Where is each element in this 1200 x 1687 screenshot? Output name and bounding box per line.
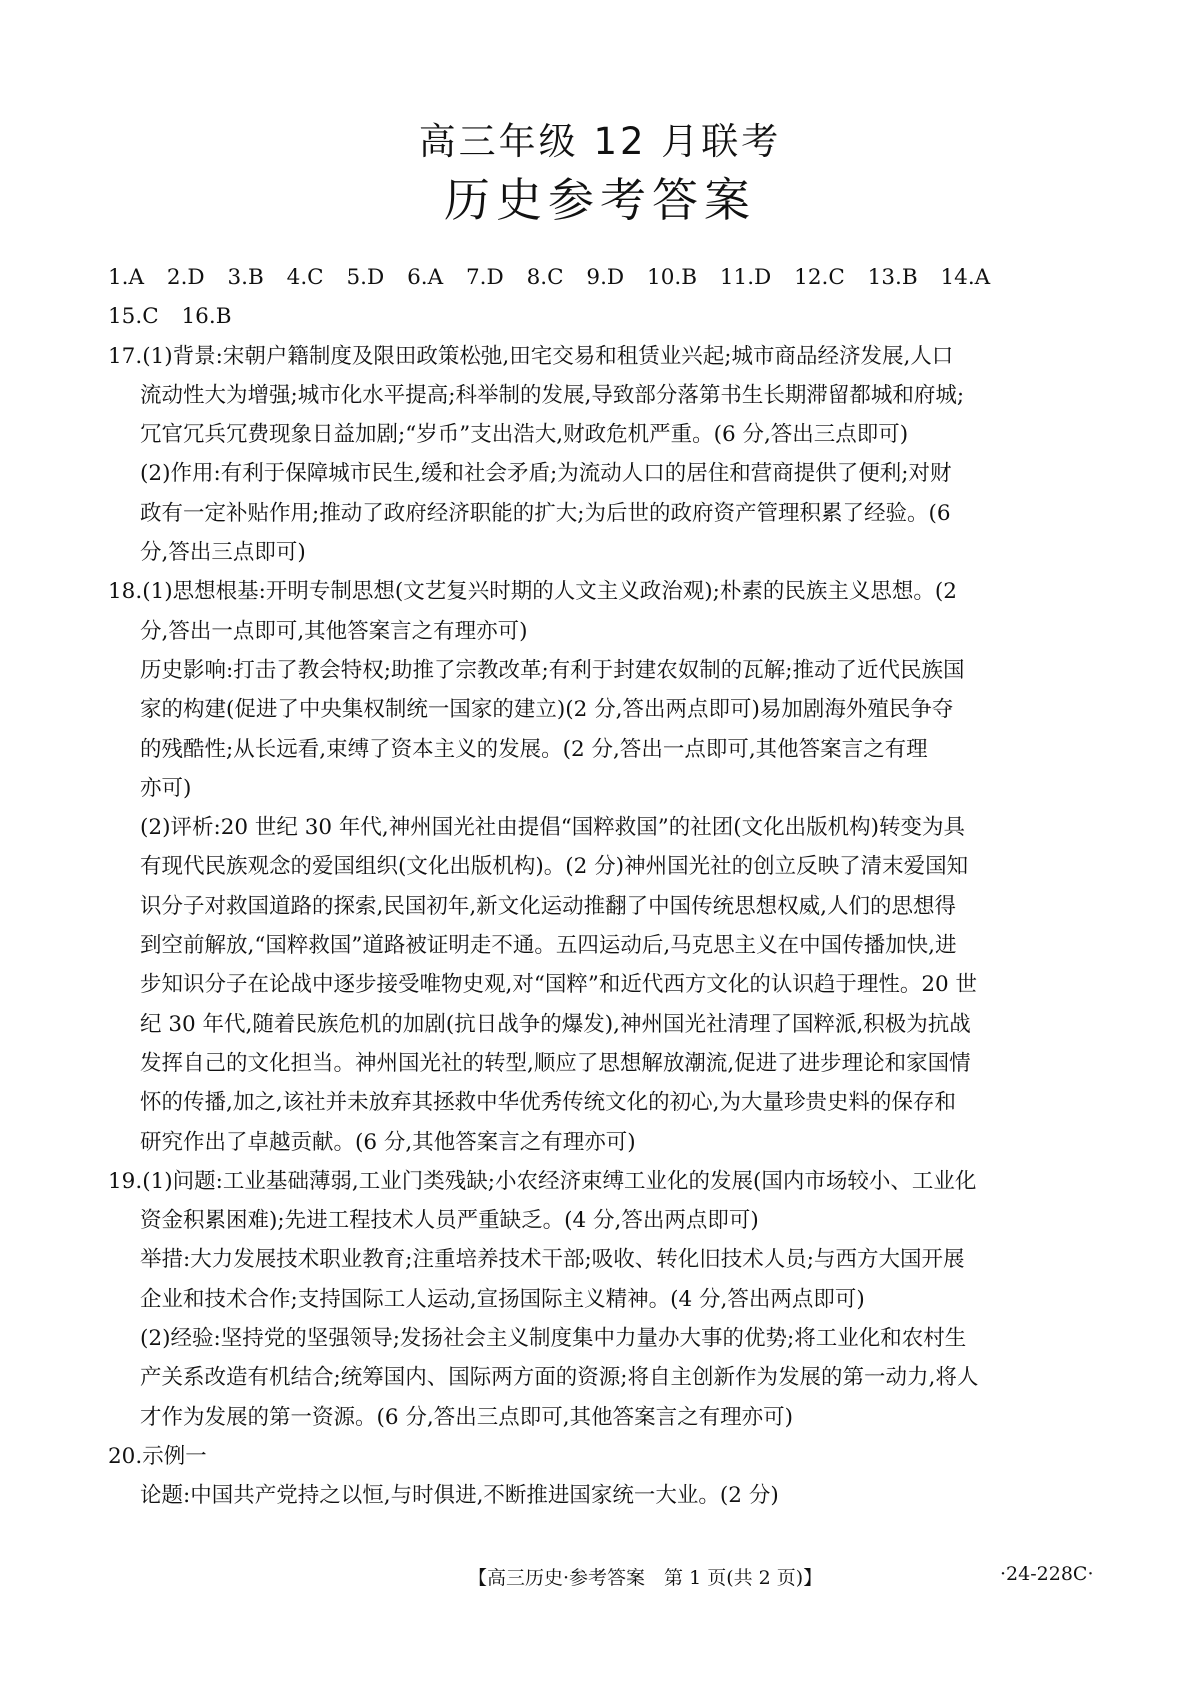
mc-answer: 5.D (346, 265, 384, 290)
q18-line: 识分子对救国道路的探索,民国初年,新文化运动推翻了中国传统思想权威,人们的思想得 (108, 887, 1108, 926)
q19-line: 资金积累困难);先进工程技术人员严重缺乏。(4 分,答出两点即可) (108, 1201, 1108, 1240)
mc-answer: 6.A (407, 265, 443, 290)
mc-answer: 2.D (167, 265, 205, 290)
q19-line: 19.(1)问题:工业基础薄弱,工业门类残缺;小农经济束缚工业化的发展(国内市场… (108, 1162, 1108, 1201)
q19-line: (2)经验:坚持党的坚强领导;发扬社会主义制度集中力量办大事的优势;将工业化和农… (108, 1319, 1108, 1358)
mc-answer: 1.A (108, 265, 144, 290)
page-label: 【高三历史·参考答案 第 1 页(共 2 页)】 (468, 1563, 822, 1590)
q18-line: 18.(1)思想根基:开明专制思想(文艺复兴时期的人文主义政治观);朴素的民族主… (108, 572, 1108, 611)
answer-body: 1.A 2.D 3.B 4.C 5.D 6.A 7.D 8.C 9.D 10.B… (108, 258, 1108, 1516)
q19-line: 企业和技术合作;支持国际工人运动,宣扬国际主义精神。(4 分,答出两点即可) (108, 1280, 1108, 1319)
mc-answer: 15.C (108, 304, 159, 329)
q18-line: 纪 30 年代,随着民族危机的加剧(抗日战争的爆发),神州国光社清理了国粹派,积… (108, 1005, 1108, 1044)
q20-line: 论题:中国共产党持之以恒,与时俱进,不断推进国家统一大业。(2 分) (108, 1476, 1108, 1515)
q18-line: 家的构建(促进了中央集权制统一国家的建立)(2 分,答出两点即可)易加剧海外殖民… (108, 690, 1108, 729)
q20-line: 20.示例一 (108, 1437, 1108, 1476)
mc-answer: 9.D (586, 265, 624, 290)
q19-line: 举措:大力发展技术职业教育;注重培养技术干部;吸收、转化旧技术人员;与西方大国开… (108, 1240, 1108, 1279)
document-code: ·24-228C· (1000, 1563, 1093, 1585)
mc-answer: 8.C (527, 265, 564, 290)
q18-line: 发挥自己的文化担当。神州国光社的转型,顺应了思想解放潮流,促进了进步理论和家国情 (108, 1044, 1108, 1083)
document-title: 历史参考答案 (0, 170, 1200, 230)
q18-line: 研究作出了卓越贡献。(6 分,其他答案言之有理亦可) (108, 1123, 1108, 1162)
exam-title: 高三年级 12 月联考 (0, 118, 1200, 166)
mc-answer: 12.C (794, 265, 845, 290)
q18-line: (2)评析:20 世纪 30 年代,神州国光社由提倡“国粹救国”的社团(文化出版… (108, 808, 1108, 847)
q17-line: (2)作用:有利于保障城市民生,缓和社会矛盾;为流动人口的居住和营商提供了便利;… (108, 454, 1108, 493)
mc-answer: 11.D (720, 265, 771, 290)
q17-line: 流动性大为增强;城市化水平提高;科举制的发展,导致部分落第书生长期滞留都城和府城… (108, 376, 1108, 415)
q18-line: 历史影响:打击了教会特权;助推了宗教改革;有利于封建农奴制的瓦解;推动了近代民族… (108, 651, 1108, 690)
q18-line: 有现代民族观念的爱国组织(文化出版机构)。(2 分)神州国光社的创立反映了清末爱… (108, 847, 1108, 886)
q18-line: 的残酷性;从长远看,束缚了资本主义的发展。(2 分,答出一点即可,其他答案言之有… (108, 730, 1108, 769)
q19-line: 才作为发展的第一资源。(6 分,答出三点即可,其他答案言之有理亦可) (108, 1398, 1108, 1437)
mc-answer: 16.B (182, 304, 232, 329)
mc-answer: 3.B (228, 265, 264, 290)
q17-line: 分,答出三点即可) (108, 533, 1108, 572)
mc-answer: 14.A (940, 265, 990, 290)
mc-answer: 13.B (868, 265, 918, 290)
mc-answer: 10.B (647, 265, 697, 290)
q17-line: 17.(1)背景:宋朝户籍制度及限田政策松弛,田宅交易和租赁业兴起;城市商品经济… (108, 337, 1108, 376)
q17-line: 政有一定补贴作用;推动了政府经济职能的扩大;为后世的政府资产管理积累了经验。(6 (108, 494, 1108, 533)
mc-answer: 7.D (466, 265, 504, 290)
q18-line: 怀的传播,加之,该社并未放弃其拯救中华优秀传统文化的初心,为大量珍贵史料的保存和 (108, 1083, 1108, 1122)
mc-answer: 4.C (287, 265, 324, 290)
q17-line: 冗官冗兵冗费现象日益加剧;“岁币”支出浩大,财政危机严重。(6 分,答出三点即可… (108, 415, 1108, 454)
q18-line: 亦可) (108, 769, 1108, 808)
mc-answers-row-1: 1.A 2.D 3.B 4.C 5.D 6.A 7.D 8.C 9.D 10.B… (108, 258, 1108, 297)
mc-answers-row-2: 15.C 16.B (108, 297, 1108, 336)
q19-line: 产关系改造有机结合;统筹国内、国际两方面的资源;将自主创新作为发展的第一动力,将… (108, 1358, 1108, 1397)
q18-line: 到空前解放,“国粹救国”道路被证明走不通。五四运动后,马克思主义在中国传播加快,… (108, 926, 1108, 965)
q18-line: 步知识分子在论战中逐步接受唯物史观,对“国粹”和近代西方文化的认识趋于理性。20… (108, 965, 1108, 1004)
q18-line: 分,答出一点即可,其他答案言之有理亦可) (108, 612, 1108, 651)
